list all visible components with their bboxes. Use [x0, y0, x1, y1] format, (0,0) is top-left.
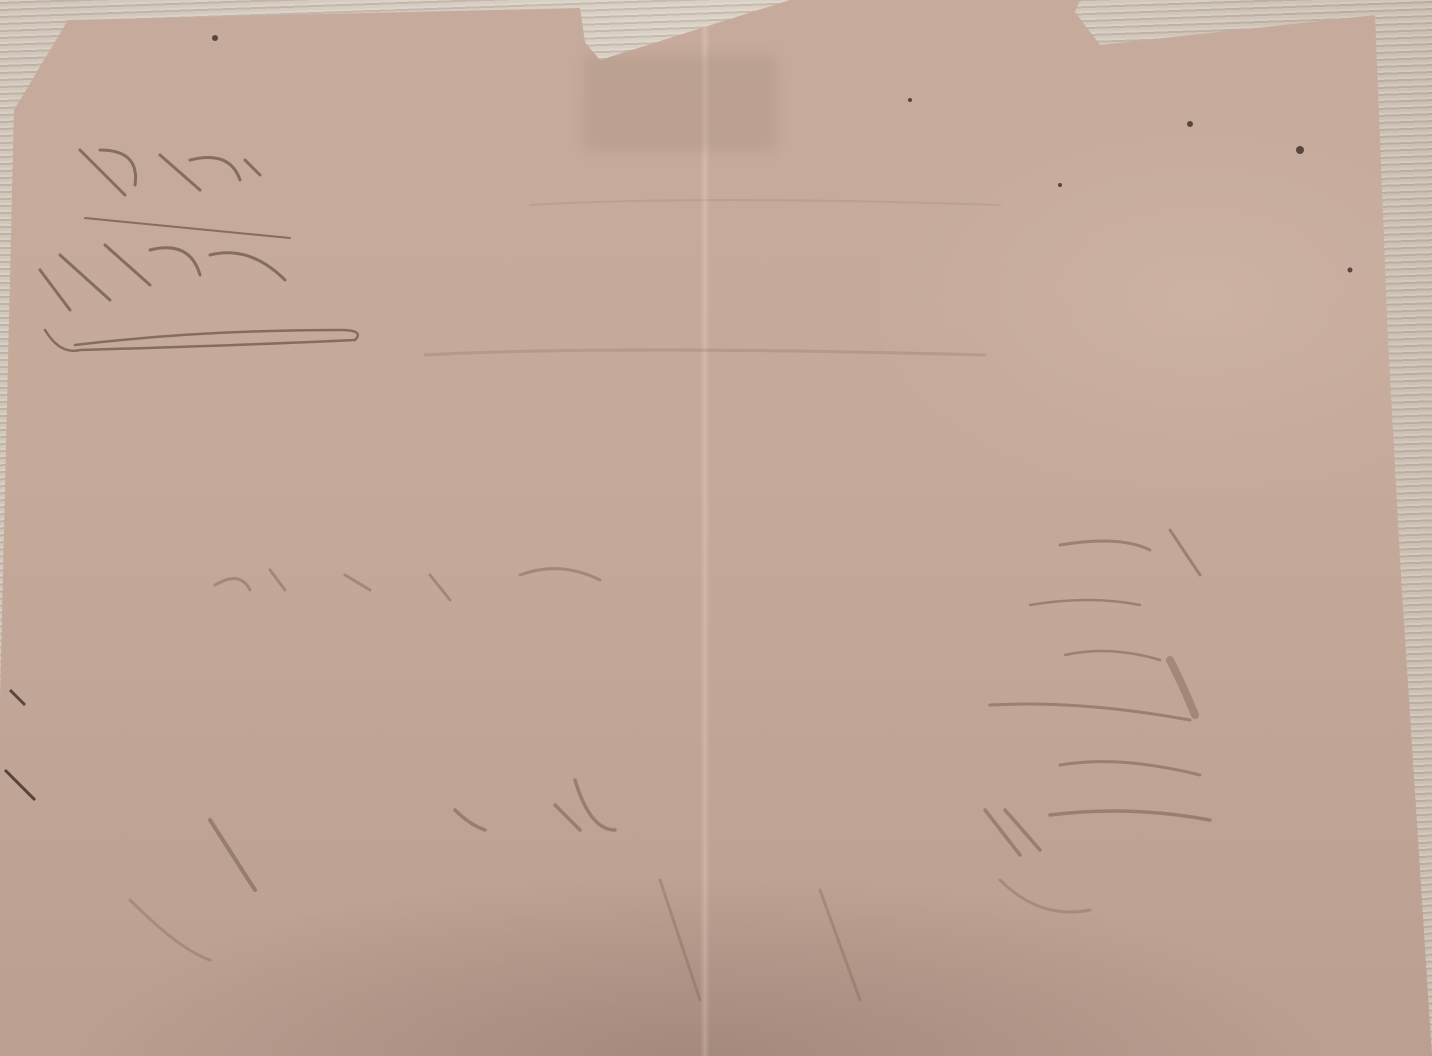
bleed-through-ink [0, 0, 1432, 1056]
bottom-mirrored-script [130, 780, 1090, 1000]
middle-mirrored-line [215, 200, 1000, 600]
paper-flecks [5, 35, 1353, 800]
right-mirrored-list [985, 530, 1210, 855]
top-left-mirrored-signature [40, 150, 358, 351]
